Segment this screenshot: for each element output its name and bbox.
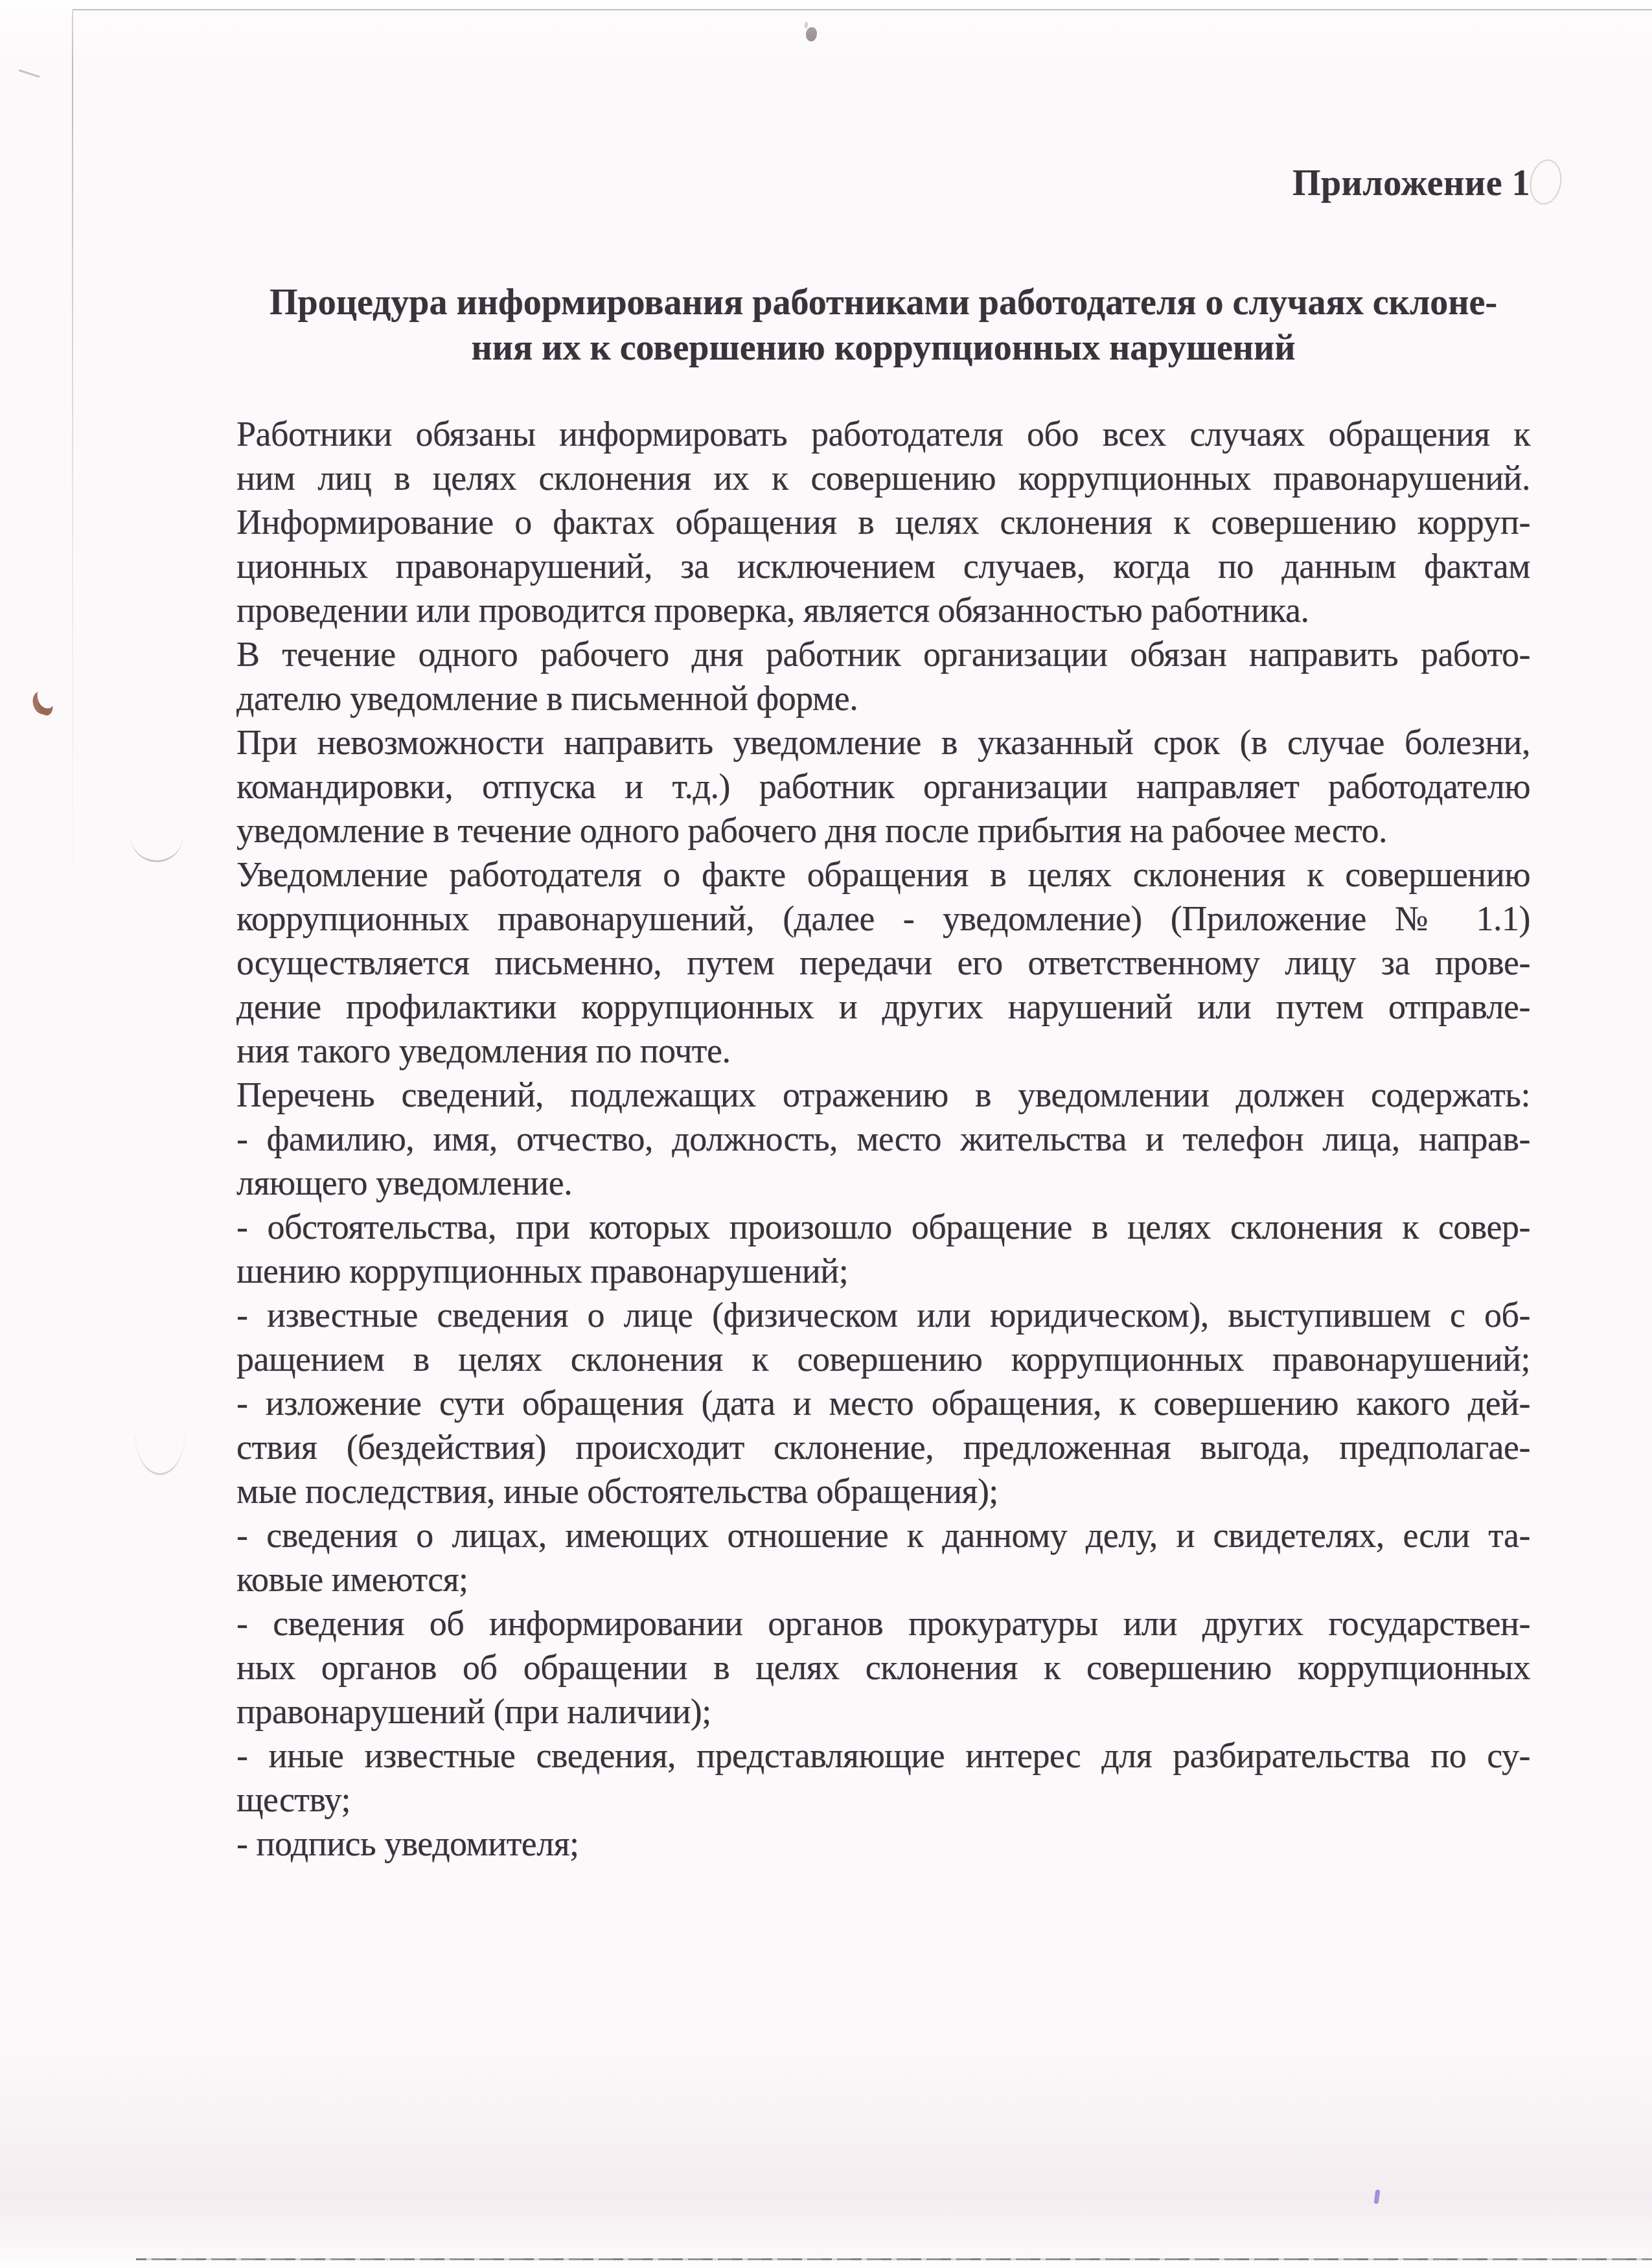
body-line: ним лиц в целях склонения их к совершени… bbox=[236, 456, 1530, 500]
ink-speck bbox=[806, 27, 817, 41]
body-line: ных органов об обращении в целях склонен… bbox=[236, 1645, 1530, 1690]
body-line: В течение одного рабочего дня работник о… bbox=[236, 632, 1530, 676]
body-line: дателю уведомление в письменной форме. bbox=[236, 676, 1530, 720]
body-line: - изложение сути обращения (дата и место… bbox=[236, 1381, 1530, 1425]
paper-crease-mark bbox=[131, 834, 183, 862]
body-line: ращением в целях склонения к совершению … bbox=[236, 1337, 1530, 1381]
body-line: ционных правонарушений, за исключением с… bbox=[236, 544, 1530, 588]
body-line: мые последствия, иные обстоятельства обр… bbox=[236, 1469, 1530, 1513]
body-line: Перечень сведений, подлежащих отражению … bbox=[236, 1073, 1530, 1117]
body-line: уведомление в течение одного рабочего дн… bbox=[236, 808, 1530, 853]
scanner-bottom-band bbox=[0, 2260, 1652, 2268]
body-line: Работники обязаны информировать работода… bbox=[236, 412, 1530, 456]
body-line: - подпись уведомителя; bbox=[236, 1822, 1530, 1866]
pencil-mark bbox=[18, 69, 40, 78]
body-line: - иные известные сведения, представляющи… bbox=[236, 1734, 1530, 1778]
body-line: шению коррупционных правонарушений; bbox=[236, 1249, 1530, 1293]
body-line: дение профилактики коррупционных и други… bbox=[236, 985, 1530, 1029]
body-line: ществу; bbox=[236, 1778, 1530, 1822]
body-line: ния такого уведомления по почте. bbox=[236, 1029, 1530, 1073]
document-title: Процедура информирования работниками раб… bbox=[236, 280, 1530, 371]
page-left-edge-shadow bbox=[72, 10, 73, 917]
document-title-line-1: Процедура информирования работниками раб… bbox=[236, 280, 1530, 325]
document-title-line-2: ния их к совершению коррупционных наруше… bbox=[236, 325, 1530, 371]
body-line: командировки, отпуска и т.д.) работник о… bbox=[236, 764, 1530, 808]
faint-pen-oval bbox=[1526, 157, 1565, 207]
scanned-document-page: Приложение 1 Процедура информирования ра… bbox=[0, 0, 1652, 2268]
body-line: ствия (бездействия) происходит склонение… bbox=[236, 1425, 1530, 1469]
body-line: коррупционных правонарушений, (далее - у… bbox=[236, 897, 1530, 941]
red-ink-blot bbox=[35, 683, 57, 710]
body-line: ляющего уведомление. bbox=[236, 1161, 1530, 1205]
body-line: правонарушений (при наличии); bbox=[236, 1690, 1530, 1734]
body-line: - обстоятельства, при которых произошло … bbox=[236, 1205, 1530, 1249]
page-top-edge-line bbox=[73, 9, 1652, 10]
body-line: - сведения об информировании органов про… bbox=[236, 1601, 1530, 1645]
body-line: - известные сведения о лице (физическом … bbox=[236, 1293, 1530, 1337]
document-body-text: Работники обязаны информировать работода… bbox=[236, 412, 1530, 1866]
blue-ink-speck bbox=[1374, 2190, 1381, 2205]
body-line: ковые имеются; bbox=[236, 1557, 1530, 1601]
body-line: При невозможности направить уведомление … bbox=[236, 720, 1530, 764]
body-line: - фамилию, имя, отчество, должность, мес… bbox=[236, 1117, 1530, 1161]
appendix-label: Приложение 1 bbox=[236, 162, 1530, 205]
body-line: осуществляется письменно, путем передачи… bbox=[236, 941, 1530, 985]
paper-crease-mark bbox=[135, 1433, 185, 1475]
scanner-top-band bbox=[0, 0, 1652, 9]
body-line: Информирование о фактах обращения в целя… bbox=[236, 500, 1530, 544]
body-line: проведении или проводится проверка, явля… bbox=[236, 588, 1530, 632]
body-line: Уведомление работодателя о факте обращен… bbox=[236, 853, 1530, 897]
body-line: - сведения о лицах, имеющих отношение к … bbox=[236, 1513, 1530, 1557]
